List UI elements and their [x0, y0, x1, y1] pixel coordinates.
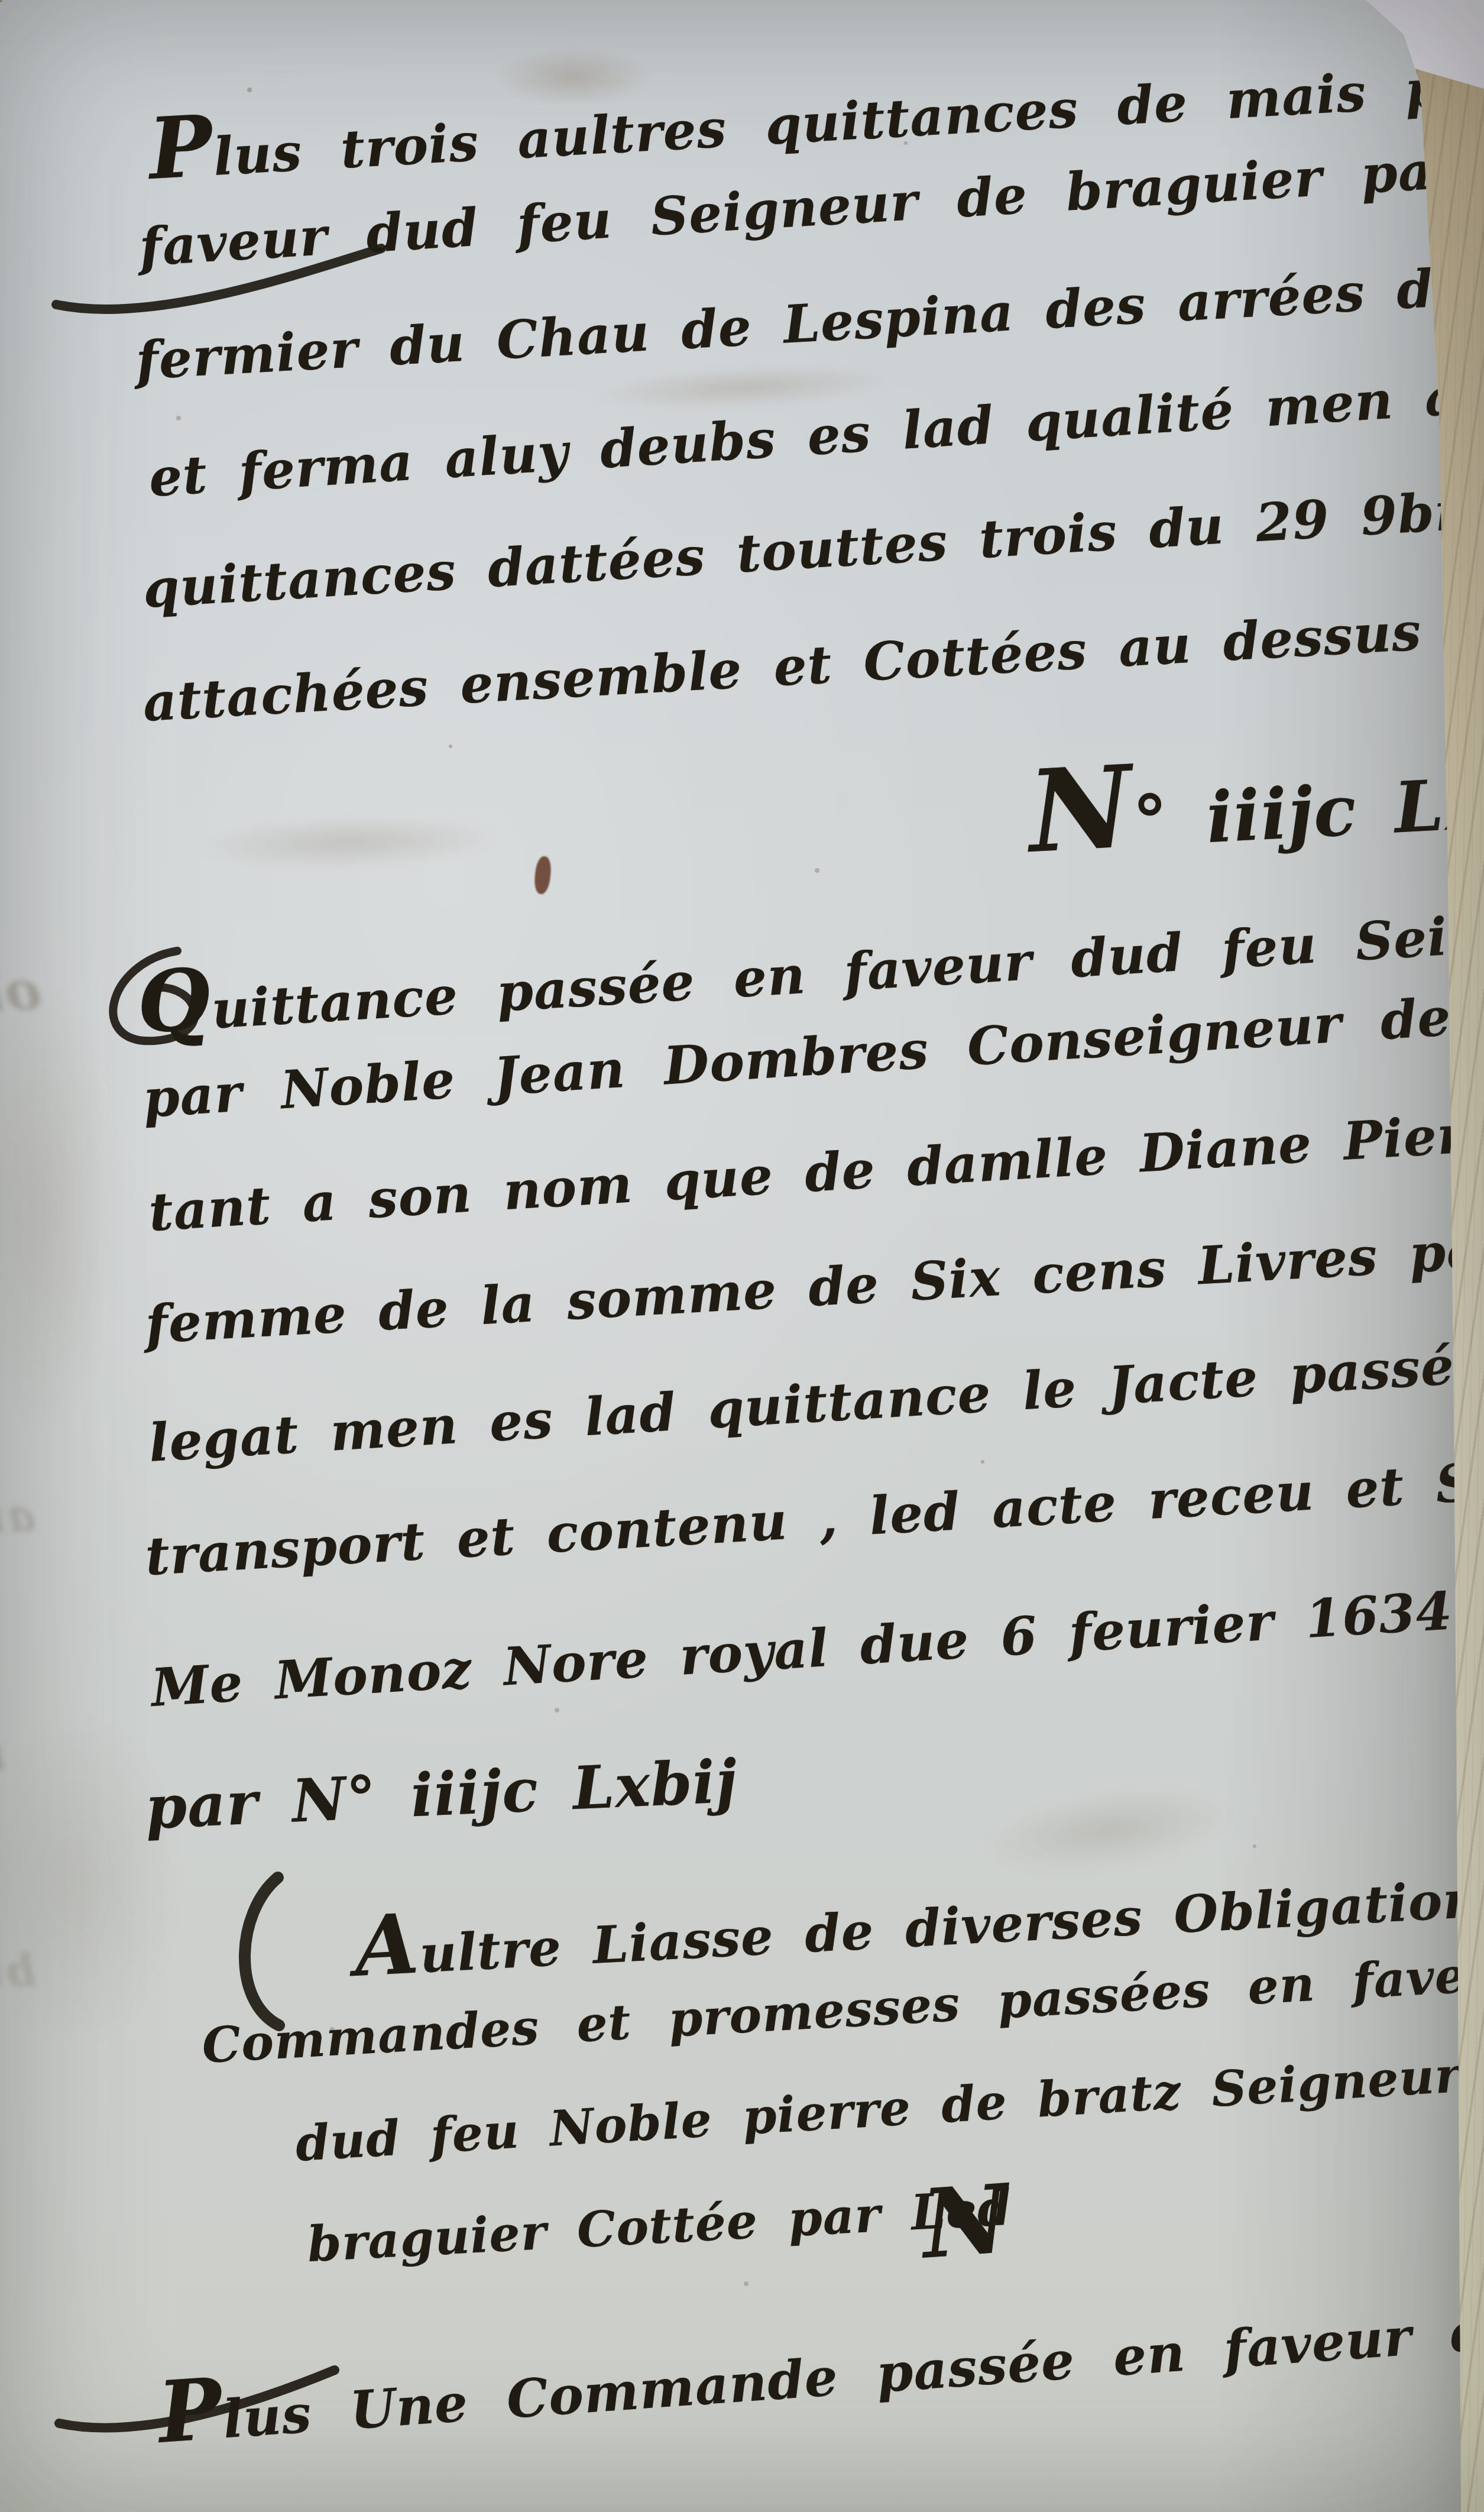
reference-number: N° iiijc Lxbj [1025, 718, 1484, 879]
manuscript-line: et ferma aluy deubs es lad qualité men a… [147, 358, 1484, 509]
bleedthrough-line: amme segnu a nost 1649 sie lis [0, 1490, 37, 1574]
manuscript-line: Plus Une Commande passée en faveur dud N… [155, 2252, 1484, 2462]
paper-stain [195, 811, 504, 875]
section-heading-line: dud feu Noble pierre de bratz Seigneur [294, 2047, 1462, 2173]
reference-number: par N° iiijc Lxbij [144, 1746, 739, 1843]
manuscript-page: mun nunne smuam nesnu unm snne musn obli… [0, 0, 1484, 2512]
paper-stain [0, 1715, 177, 2046]
ink-blot [533, 856, 553, 895]
manuscript-line: Me Monoz Nore royal due 6 feurier 1634. … [150, 1567, 1484, 1718]
bleedthrough-line: mnes nmu sum nend [0, 1727, 7, 1808]
paper-stain [0, 982, 118, 1431]
manuscript-photo: mun nunne smuam nesnu unm snne musn obli… [0, 0, 1484, 2512]
paper-specks [0, 0, 2, 2]
manuscript-line: attachées ensemble et Cottées au dessus … [141, 593, 1484, 733]
section-heading-line: braguier Cottée par Led [306, 2180, 1013, 2273]
bleedthrough-line: bus du guend gsnmue anne [0, 1945, 36, 2023]
bleedthrough-line: obliga senu mund noble bragu [0, 958, 43, 1068]
liasse-letter-tag: N [918, 2163, 1013, 2280]
